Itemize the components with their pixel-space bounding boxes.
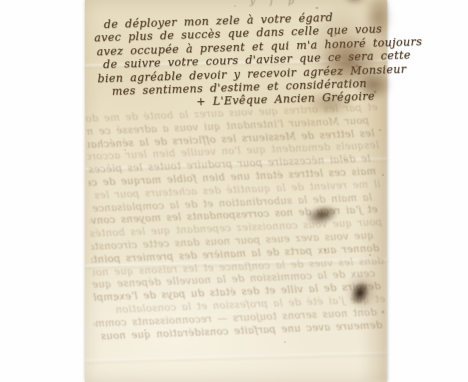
foxing-speckles xyxy=(85,0,387,382)
letter-paper: y f p de déployer mon zele à votre égard… xyxy=(85,0,387,382)
photo-background: y f p de déployer mon zele à votre égard… xyxy=(0,0,468,382)
